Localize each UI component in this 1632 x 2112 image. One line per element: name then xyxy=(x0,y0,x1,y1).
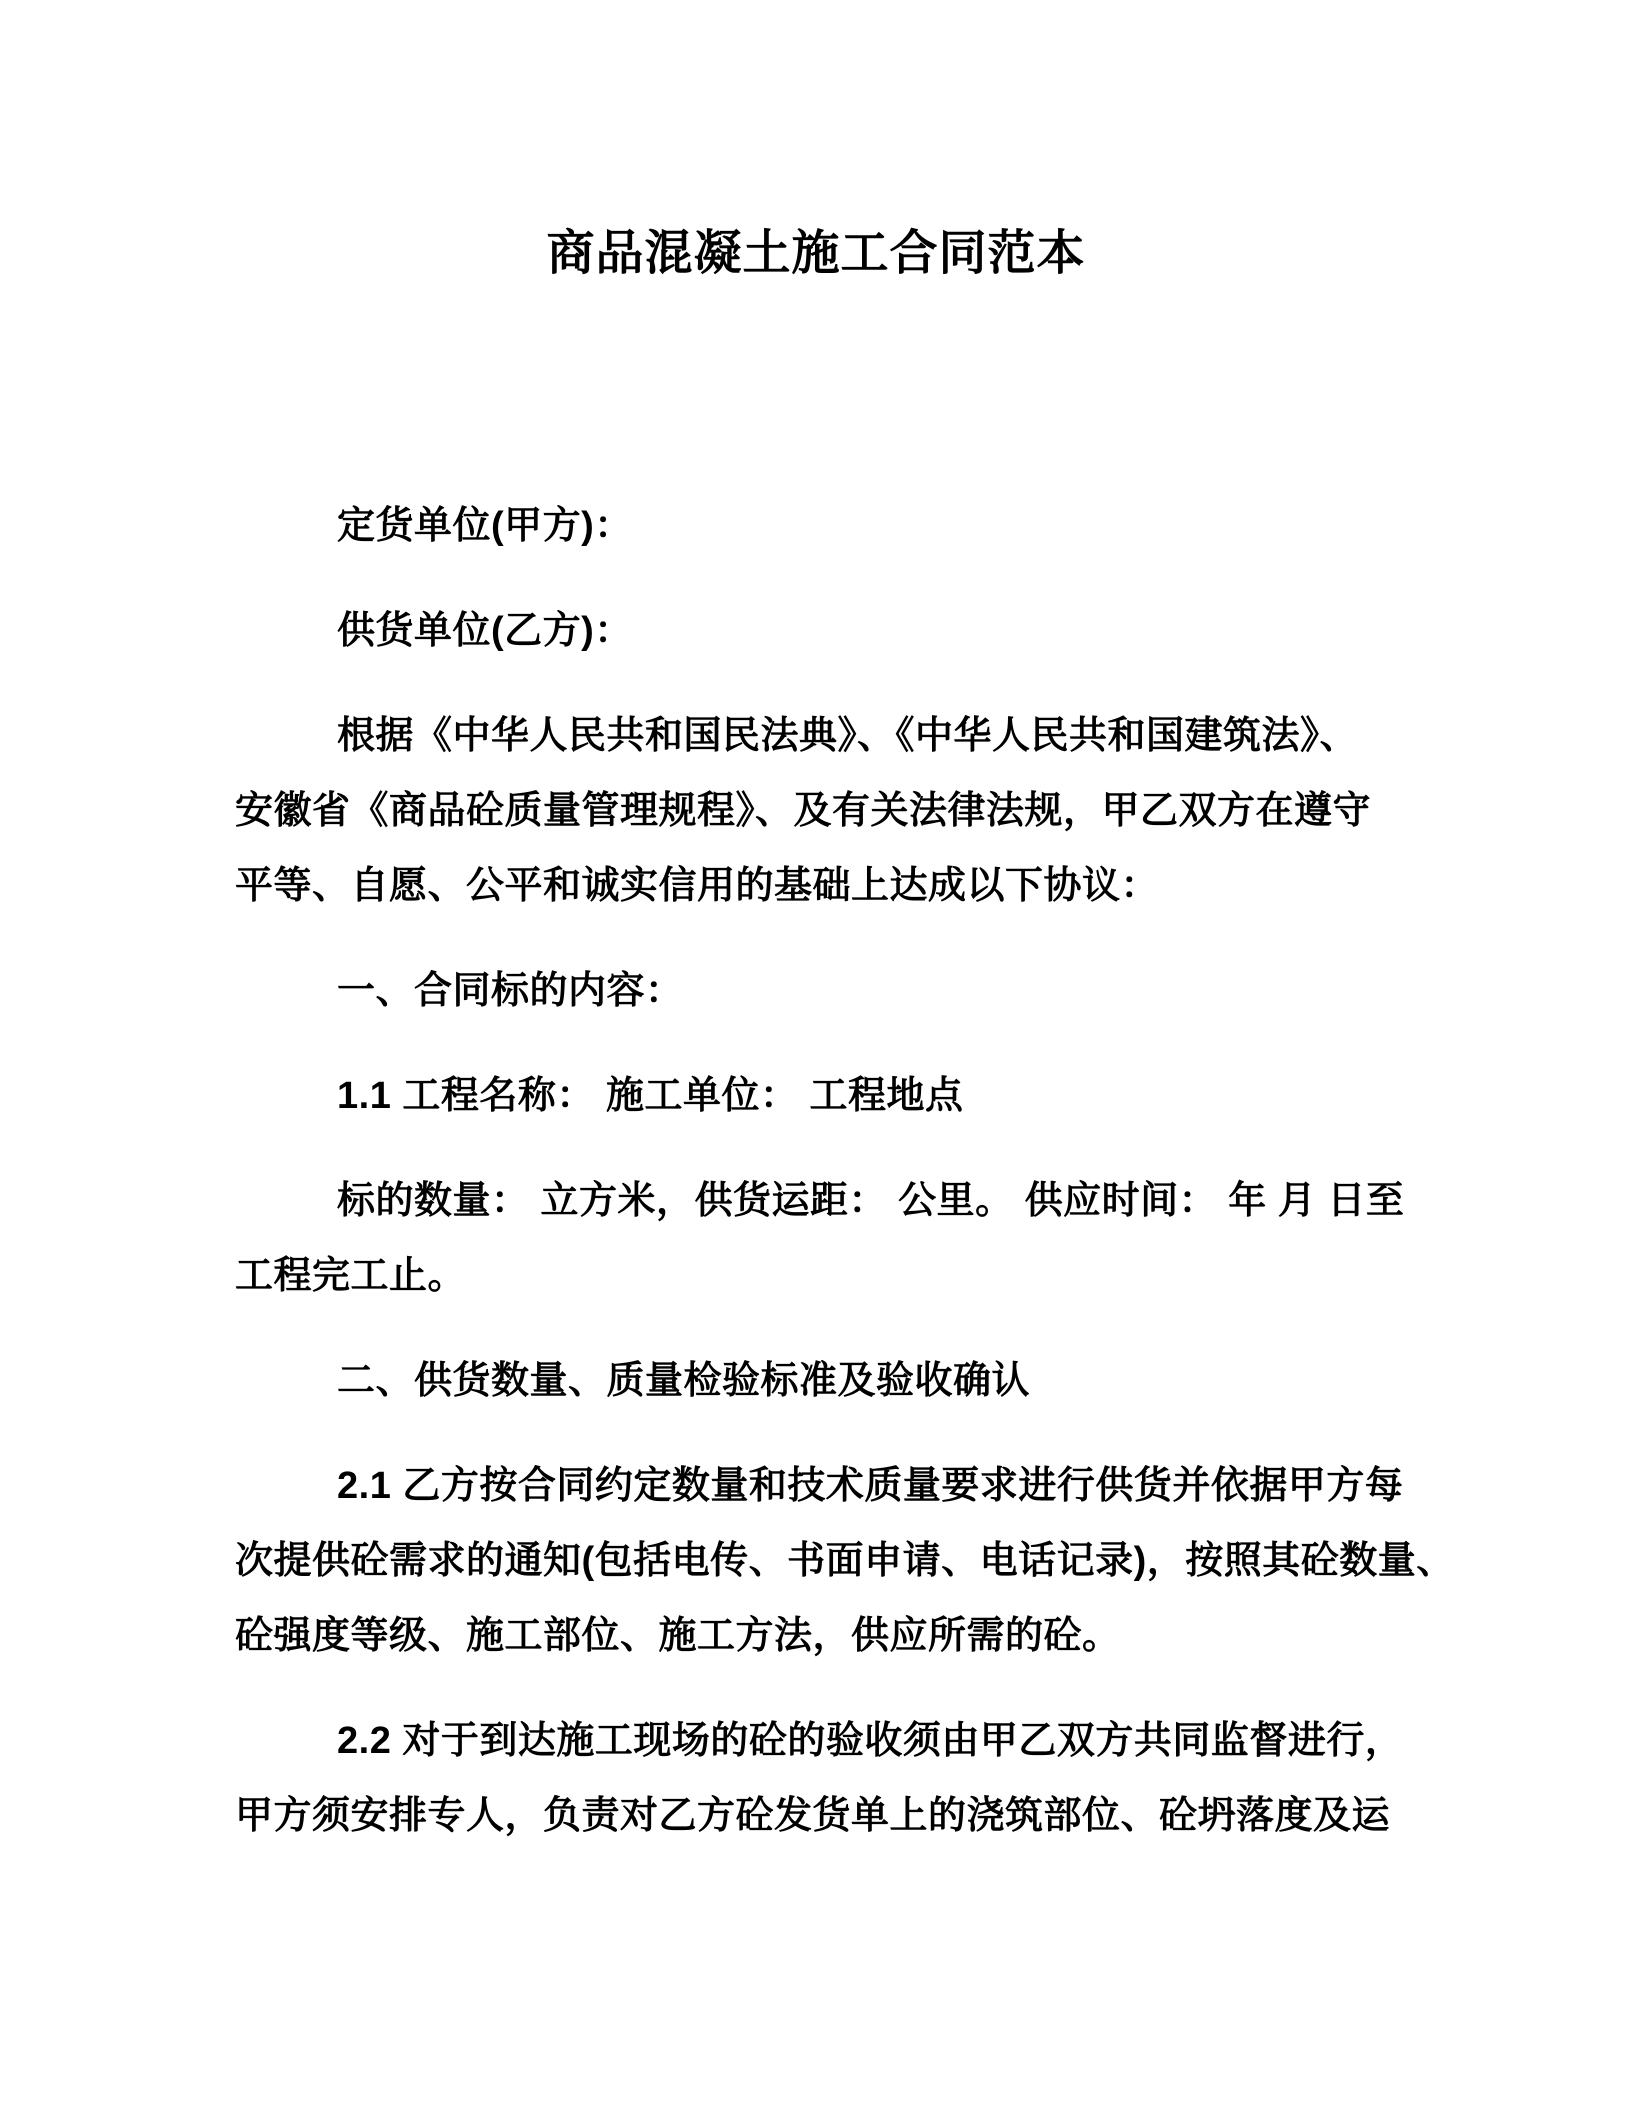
section-1-heading: 一、合同标的内容： xyxy=(235,954,1475,1029)
section-2-heading: 二、供货数量、质量检验标准及验收确认 xyxy=(235,1344,1475,1419)
preamble-paragraph: 根据《中华人民共和国民法典》、《中华人民共和国建筑法》、 安徽省《商品砼质量管理… xyxy=(235,699,1475,924)
clause-2-2: 2.2 对于到达施工现场的砼的验收须由甲乙双方共同监督进行， 甲方须安排专人，负… xyxy=(235,1704,1475,1854)
party-a-line: 定货单位(甲方)： xyxy=(235,489,1475,564)
party-b-line: 供货单位(乙方)： xyxy=(235,594,1475,669)
clause-2-1: 2.1 乙方按合同约定数量和技术质量要求进行供货并依据甲方每 次提供砼需求的通知… xyxy=(235,1449,1475,1674)
clause-1-1: 1.1 工程名称： 施工单位： 工程地点 xyxy=(235,1059,1475,1134)
clause-quantity-line: 标的数量： 立方米，供货运距： 公里。 供应时间： 年 月 日至 工程完工止。 xyxy=(235,1164,1475,1314)
contract-page: 商品混凝土施工合同范本 定货单位(甲方)： 供货单位(乙方)： 根据《中华人民共… xyxy=(0,0,1632,2112)
document-title: 商品混凝土施工合同范本 xyxy=(235,216,1397,291)
